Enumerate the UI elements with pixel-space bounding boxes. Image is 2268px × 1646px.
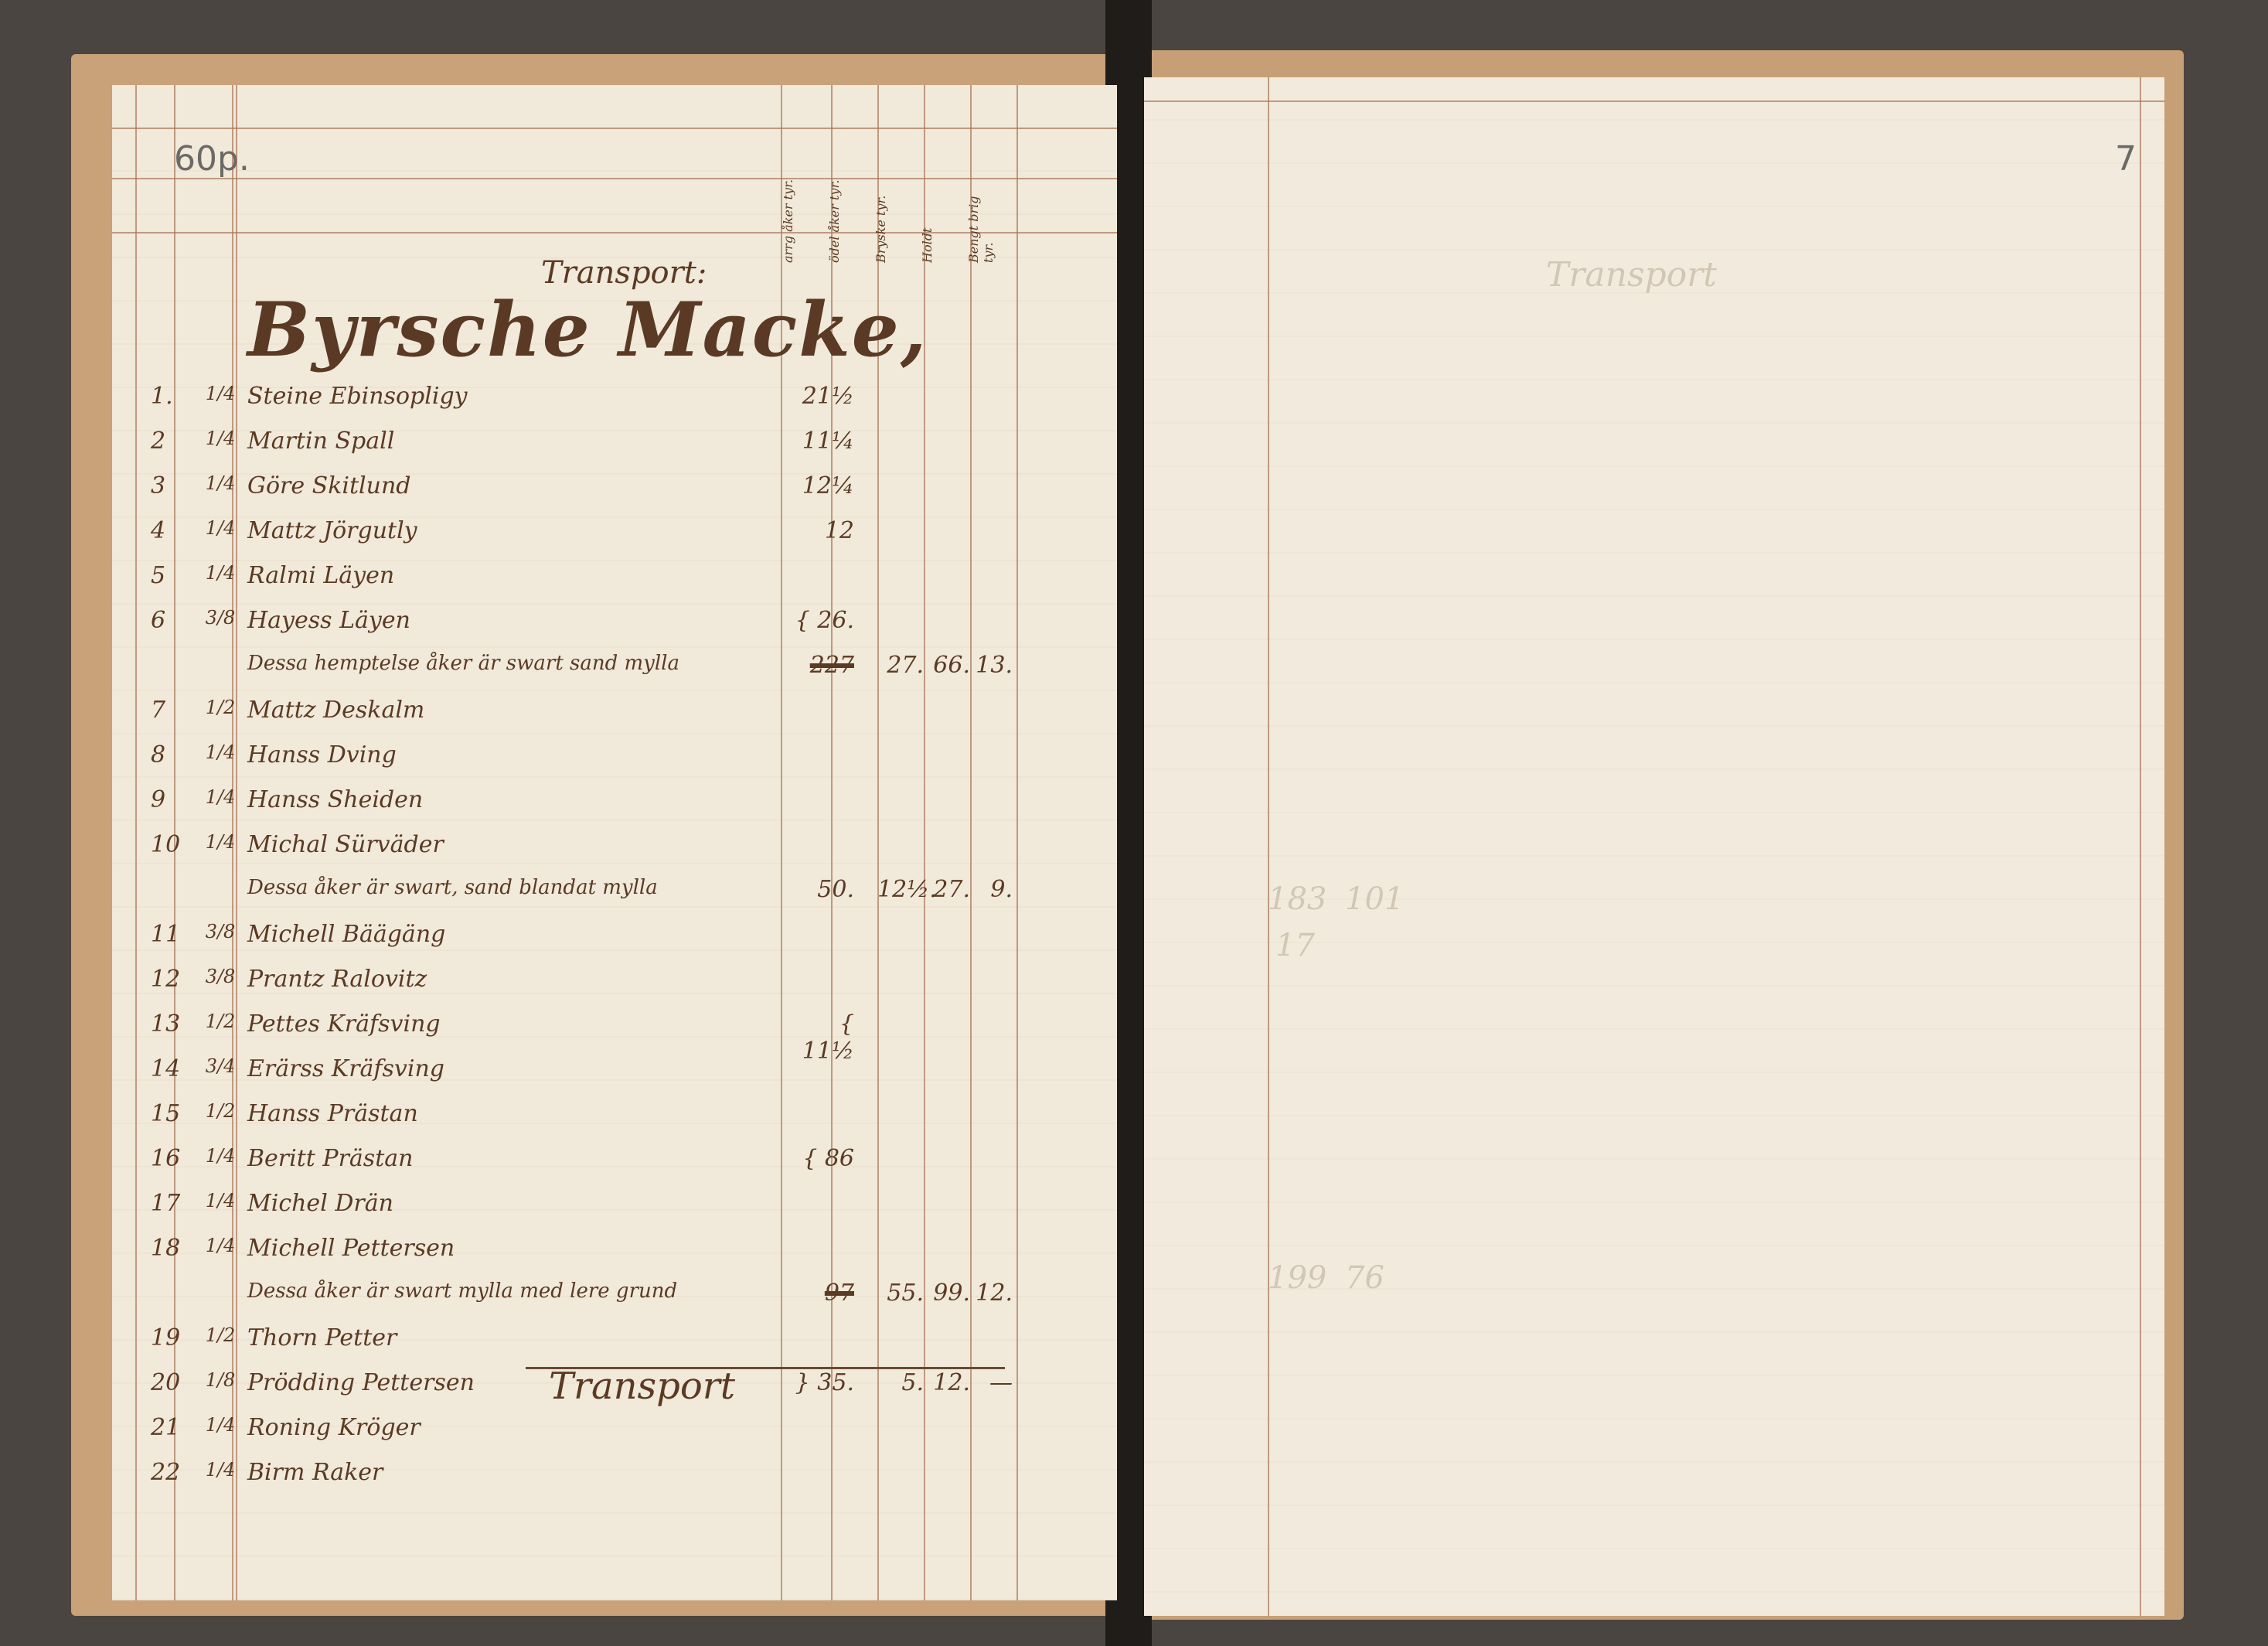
farmer-name: Martin Spall [247,428,394,455]
row-number: 21 [151,1414,189,1441]
value-cell: 12. [931,1369,970,1396]
top-rule [112,128,1117,129]
value-cell: 12. [974,1280,1013,1307]
value-cell: 55. [877,1280,924,1307]
bleed-through-number: 199 [1268,1260,1326,1296]
value-cell: 21½ [792,383,854,410]
table-row: 91/4Hanss Sheiden [112,786,1009,831]
bleed-through-number: 17 [1275,928,1315,963]
value-cell: 12¼ [792,472,854,499]
row-number: 10 [151,831,189,858]
value-cell: 50. [792,876,854,903]
share-fraction: 1/4 [205,831,236,853]
share-fraction: 1/4 [205,517,236,539]
row-number: 14 [151,1055,189,1082]
share-fraction: 1/4 [205,562,236,584]
share-fraction: 3/8 [205,921,236,942]
value-cell: 27. [931,876,970,903]
share-fraction: 1/4 [205,741,236,763]
share-fraction: 3/4 [205,1055,236,1077]
table-row: 63/8Hayess Läyen{ 26. [112,607,1009,652]
farmer-name: Michell Bäägäng [247,921,445,948]
column-header: Bryske tyr. [873,178,904,263]
table-row: 51/4Ralmi Läyen [112,562,1009,607]
share-fraction: 3/8 [205,607,236,629]
bleed-through-number: 183 [1268,881,1326,917]
farmer-name: Pettes Kräfsving [247,1010,441,1038]
row-number: 2 [151,428,189,455]
share-fraction: 1/4 [205,428,236,449]
farmer-name: Steine Ebinsopligy [247,383,468,410]
row-number: 20 [151,1369,189,1396]
right-margin-rule [2140,77,2141,1616]
share-fraction: 1/4 [205,1190,236,1211]
share-fraction: 1/4 [205,472,236,494]
share-fraction: 1/4 [205,786,236,808]
right-page: 7 Transport 183 101 17 199 76 [1144,77,2164,1616]
farmer-name: Göre Skitlund [247,472,410,499]
share-fraction: 1/4 [205,1414,236,1436]
farmer-name: Hanss Dving [247,741,397,768]
top-rule [1144,101,2164,102]
row-number: 3 [151,472,189,499]
row-number: 22 [151,1459,189,1486]
farmer-name: Hanss Prästan [247,1100,418,1127]
value-cell: — [974,1369,1013,1396]
column-headers: arrg åker tyr. ödel åker tyr. Bryske tyr… [781,178,997,263]
value-cell: 99. [931,1280,970,1307]
table-row: 171/4Michel Drän [112,1190,1009,1235]
summary-row: Dessa hemptelse åker är swart sand mylla… [112,652,1009,697]
column-header: Holdt [920,178,951,263]
share-fraction: 1/4 [205,1145,236,1167]
farmer-name: Hanss Sheiden [247,786,423,813]
farmer-name: Erärss Kräfsving [247,1055,444,1082]
farmer-name: Michell Pettersen [247,1235,455,1262]
title-annotation: Transport: [541,255,707,291]
farmer-name: Beritt Prästan [247,1145,413,1172]
value-cell: 5. [877,1369,924,1396]
value-cell: 9. [974,876,1013,903]
page-number: 7 [2115,139,2137,179]
ledger-rows: 1.1/4Steine Ebinsopligy21½21/4Martin Spa… [112,383,1009,1504]
value-cell: 12½. [877,876,924,903]
farmer-name: Ralmi Läyen [247,562,394,589]
row-description: Dessa åker är swart mylla med lere grund [247,1280,677,1303]
row-description: Dessa åker är swart, sand blandat mylla [247,876,658,899]
value-cell: 97 [792,1280,854,1307]
row-number: 8 [151,741,189,768]
row-number: 1. [151,383,189,410]
column-header: arrg åker tyr. [781,178,812,263]
table-row: 123/8Prantz Ralovitz [112,966,1009,1010]
table-row: 21/4Martin Spall11¼ [112,428,1009,472]
margin-rule [1268,77,1269,1616]
value-cell: { 26. [792,607,854,634]
farmer-name: Birm Raker [247,1459,383,1486]
table-row: 191/2Thorn Petter [112,1324,1009,1369]
share-fraction: 1/2 [205,1324,236,1346]
summary-row: Dessa åker är swart mylla med lere grund… [112,1280,1009,1324]
farmer-name: Michal Sürväder [247,831,444,858]
value-cell: 66. [931,652,970,679]
row-number: 4 [151,517,189,544]
table-row: 143/4Erärss Kräfsving [112,1055,1009,1100]
share-fraction: 1/2 [205,1010,236,1032]
value-cell: 227 [792,652,854,679]
value-cell: 12 [792,517,854,544]
farmer-name: Prantz Ralovitz [247,966,427,993]
table-row: 151/2Hanss Prästan [112,1100,1009,1145]
row-number: 6 [151,607,189,634]
table-row: 221/4Birm Raker [112,1459,1009,1504]
share-fraction: 1/2 [205,697,236,718]
row-number: 19 [151,1324,189,1351]
farmer-name: Mattz Jörgutly [247,517,417,544]
table-row: 81/4Hanss Dving [112,741,1009,786]
share-fraction: 1/4 [205,1459,236,1481]
table-row: 71/2Mattz Deskalm [112,697,1009,741]
table-row: 211/4Roning Kröger [112,1414,1009,1459]
row-number: 15 [151,1100,189,1127]
summary-row: Dessa åker är swart, sand blandat mylla5… [112,876,1009,921]
share-fraction: 1/2 [205,1100,236,1122]
farmer-name: Roning Kröger [247,1414,421,1441]
row-number: 5 [151,562,189,589]
share-fraction: 3/8 [205,966,236,987]
page-reference: 60p. [174,139,250,179]
value-cell: { 86 [792,1145,854,1172]
table-row: 181/4Michell Pettersen [112,1235,1009,1280]
table-row: 31/4Göre Skitlund12¼ [112,472,1009,517]
value-cell: } 35. [792,1369,854,1396]
value-cell: 13. [974,652,1013,679]
row-number: 7 [151,697,189,724]
table-row: 101/4Michal Sürväder [112,831,1009,876]
farmer-name: Mattz Deskalm [247,697,424,724]
row-number: 13 [151,1010,189,1038]
page-title: Byrsche Macke, [247,286,928,373]
farmer-name: Michel Drän [247,1190,393,1217]
row-number: 12 [151,966,189,993]
value-cell: 11¼ [792,428,854,455]
transport-footer: Transport [549,1365,735,1408]
farmer-name: Prödding Pettersen [247,1369,475,1396]
table-row: 41/4Mattz Jörgutly12 [112,517,1009,562]
farmer-name: Thorn Petter [247,1324,397,1351]
bleed-through-number: 76 [1345,1260,1384,1296]
farmer-name: Hayess Läyen [247,607,410,634]
bleed-through-transport: Transport [1546,255,1717,295]
row-number: 11 [151,921,189,948]
share-fraction: 1/4 [205,383,236,404]
row-number: 18 [151,1235,189,1262]
value-cell: 27. [877,652,924,679]
table-row: 113/8Michell Bäägäng [112,921,1009,966]
table-row: 161/4Beritt Prästan{ 86 [112,1145,1009,1190]
row-number: 9 [151,786,189,813]
column-header: Bengt brig tyr. [966,178,997,263]
bleed-through-number: 101 [1345,881,1404,917]
table-row: 1.1/4Steine Ebinsopligy21½ [112,383,1009,428]
share-fraction: 1/4 [205,1235,236,1256]
row-number: 17 [151,1190,189,1217]
value-column-rule-6 [1017,85,1018,1600]
row-description: Dessa hemptelse åker är swart sand mylla [247,652,679,675]
row-number: 16 [151,1145,189,1172]
share-fraction: 1/8 [205,1369,236,1391]
column-header: ödel åker tyr. [827,178,858,263]
table-row: 131/2Pettes Kräfsving{ 11½ [112,1010,1009,1055]
